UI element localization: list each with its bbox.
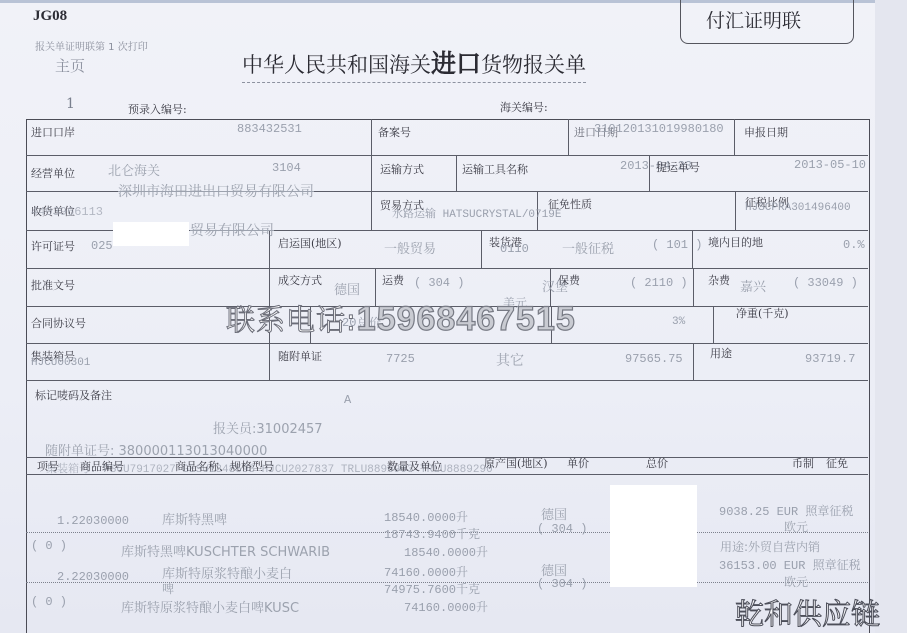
levy-nature-label: 征免性质 bbox=[548, 196, 592, 212]
row-divider bbox=[26, 268, 868, 269]
phone-number: 15968467515 bbox=[357, 300, 576, 338]
levy-type-value: 一般征税 bbox=[562, 238, 614, 257]
freight-label: 运费 bbox=[382, 272, 404, 288]
item-code: 1.22030000 bbox=[57, 514, 129, 528]
contract-no-label: 合同协议号 bbox=[31, 315, 86, 331]
phone-watermark: 联系电话:15968467515 bbox=[226, 298, 576, 339]
origin-country-value: 一般贸易 bbox=[384, 238, 436, 257]
transport-tool-label: 运输工具名称 bbox=[462, 161, 528, 177]
item-name: 库斯特黑啤 bbox=[162, 509, 227, 528]
item-spec: 库斯特原浆特酿小麦白啤KUSC bbox=[121, 597, 299, 616]
copy-type-label: 付汇证明联 bbox=[706, 6, 801, 33]
item-qty3: 18540.0000升 bbox=[404, 543, 488, 560]
phone-label: 联系电话: bbox=[226, 303, 357, 337]
col-divider bbox=[735, 191, 736, 230]
title-suffix: 货物报关单 bbox=[481, 53, 586, 77]
home-label: 主页 bbox=[55, 55, 85, 76]
domestic-destination-label: 境内目的地 bbox=[708, 234, 763, 250]
attached-cert-no: 随附单证号: 380000113013040000 bbox=[45, 440, 267, 459]
attached-docs-amount: 97565.75 bbox=[625, 352, 683, 366]
item-qty2: 74975.7600千克 bbox=[384, 580, 480, 597]
row-divider bbox=[26, 343, 868, 344]
customs-broker: 报关员:31002457 bbox=[213, 418, 323, 437]
col-item-no: 项号 bbox=[37, 458, 59, 474]
col-code: 商品编号 bbox=[80, 458, 124, 474]
col-divider bbox=[371, 119, 372, 191]
item-name-wrap: 啤 bbox=[162, 580, 174, 597]
misc-fee-label: 杂费 bbox=[708, 272, 730, 288]
print-count-note: 报关单证明联第 1 次打印 bbox=[35, 38, 148, 53]
col-divider bbox=[371, 191, 372, 230]
gross-weight-value: 3% bbox=[672, 316, 685, 328]
item-currency: 欧元 bbox=[784, 573, 808, 590]
net-weight-label: 净重(千克) bbox=[736, 305, 789, 321]
col-divider bbox=[568, 119, 569, 155]
col-divider bbox=[456, 155, 457, 191]
loading-port-value: 0110 bbox=[500, 242, 529, 256]
marks-label: 标记唛码及备注 bbox=[35, 387, 112, 403]
col-divider bbox=[693, 268, 694, 306]
item-code: 2.22030000 bbox=[57, 570, 129, 584]
transport-mode-label: 运输方式 bbox=[380, 161, 424, 177]
import-port-label: 进口口岸 bbox=[31, 124, 75, 140]
insurance-value: ( 2110 ) bbox=[630, 276, 688, 290]
item-currency: 欧元 bbox=[784, 518, 808, 535]
license-no-label: 许可证号 bbox=[31, 238, 75, 254]
bill-of-lading-value: 2013-05-10 bbox=[794, 158, 866, 172]
col-qty-unit: 数量及单位 bbox=[387, 458, 442, 474]
document-title: 中华人民共和国海关进口货物报关单 bbox=[242, 44, 586, 83]
license-no-value: 025 bbox=[91, 239, 113, 253]
item-qty3: 74160.0000升 bbox=[404, 598, 488, 615]
item-name: 库斯特原浆特酿小麦白 bbox=[162, 563, 292, 582]
page-number: 1 bbox=[66, 96, 75, 112]
origin-country-label: 启运国(地区) bbox=[278, 235, 342, 251]
levy-type-code: ( 101 ) bbox=[652, 238, 702, 252]
col-name-spec: 商品名称、规格型号 bbox=[175, 458, 274, 474]
operating-unit-label: 经营单位 bbox=[31, 165, 75, 181]
receiving-company: 贸易有限公司 bbox=[190, 220, 274, 240]
col-divider bbox=[693, 343, 694, 380]
freight-value: ( 304 ) bbox=[414, 276, 464, 290]
title-prefix: 中华人民共和国海关 bbox=[242, 53, 431, 77]
col-levy: 征免 bbox=[826, 455, 848, 471]
attached-docs-value: 7725 bbox=[386, 352, 415, 366]
customs-number-label: 海关编号: bbox=[500, 99, 548, 115]
row-divider bbox=[26, 155, 868, 156]
bill-of-lading-label: 提运单号 bbox=[656, 159, 700, 175]
item-qty2: 18743.9400千克 bbox=[384, 525, 480, 542]
item-usage: 用途:外贸自营内销 bbox=[720, 538, 820, 555]
operating-unit-value: 北仑海关 bbox=[108, 160, 160, 179]
item-total: 9038.25 EUR 照章征税 bbox=[719, 502, 853, 519]
title-emphasis: 进口 bbox=[431, 49, 481, 78]
import-date-value: 310120131019980180 bbox=[594, 122, 724, 136]
record-no-label: 备案号 bbox=[378, 124, 411, 140]
insurance-label: 保费 bbox=[558, 272, 580, 288]
trade-mode-value: 水路运输 HATSUCRYSTAL/0719E bbox=[392, 205, 561, 221]
item-spec: 库斯特黑啤KUSCHTER SCHWARIB bbox=[121, 541, 330, 560]
usage-label: 用途 bbox=[710, 345, 732, 361]
mark-value: A bbox=[344, 393, 351, 407]
attached-docs-label: 随附单证 bbox=[278, 348, 322, 364]
item-sub: ( 0 ) bbox=[31, 539, 67, 553]
misc-fee-value: 嘉兴 bbox=[740, 276, 766, 295]
col-unit-price: 单价 bbox=[567, 455, 589, 471]
col-divider bbox=[481, 230, 482, 268]
item-origin-code: ( 304 ) bbox=[537, 522, 587, 536]
deal-mode-label: 成交方式 bbox=[278, 272, 322, 288]
col-currency: 币制 bbox=[792, 455, 814, 471]
item-origin: 德国 bbox=[541, 504, 567, 523]
brand-watermark: 乾和供应链 bbox=[735, 592, 880, 633]
form-code: JG08 bbox=[33, 8, 67, 25]
scan-margin bbox=[875, 0, 907, 633]
col-total-price: 总价 bbox=[646, 455, 668, 471]
item-total: 36153.00 EUR 照章征税 bbox=[719, 556, 861, 573]
item-origin-code: ( 304 ) bbox=[537, 577, 587, 591]
container-no-value: HJCU00301 bbox=[31, 357, 90, 369]
col-divider bbox=[734, 119, 735, 155]
redacted-area bbox=[113, 222, 189, 246]
approval-no-label: 批准文号 bbox=[31, 277, 75, 293]
pre-entry-number-label: 预录入编号: bbox=[128, 101, 187, 117]
redacted-area bbox=[610, 485, 697, 587]
import-port-value: 883432531 bbox=[237, 122, 302, 136]
item-sub: ( 0 ) bbox=[31, 595, 67, 609]
col-origin: 原产国(地区) bbox=[484, 455, 548, 471]
usage-value: 93719.7 bbox=[805, 352, 855, 366]
attached-docs-other: 其它 bbox=[496, 350, 524, 370]
receiving-unit-value: 4403966113 bbox=[31, 205, 103, 219]
item-qty1: 18540.0000升 bbox=[384, 508, 468, 525]
domestic-destination-value: 0.% bbox=[843, 238, 865, 252]
levy-ratio-value: HJSCPRA301496400 bbox=[745, 202, 851, 214]
row-divider bbox=[26, 380, 868, 381]
item-qty1: 74160.0000升 bbox=[384, 563, 468, 580]
misc-fee-code: ( 33049 ) bbox=[793, 276, 858, 290]
deal-mode-value: 德国 bbox=[334, 279, 360, 298]
col-divider bbox=[713, 306, 714, 343]
company-name: 深圳市海田进出口贸易有限公司 bbox=[118, 181, 314, 201]
operating-unit-code: 3104 bbox=[272, 161, 301, 175]
declare-date-label: 申报日期 bbox=[744, 124, 788, 140]
